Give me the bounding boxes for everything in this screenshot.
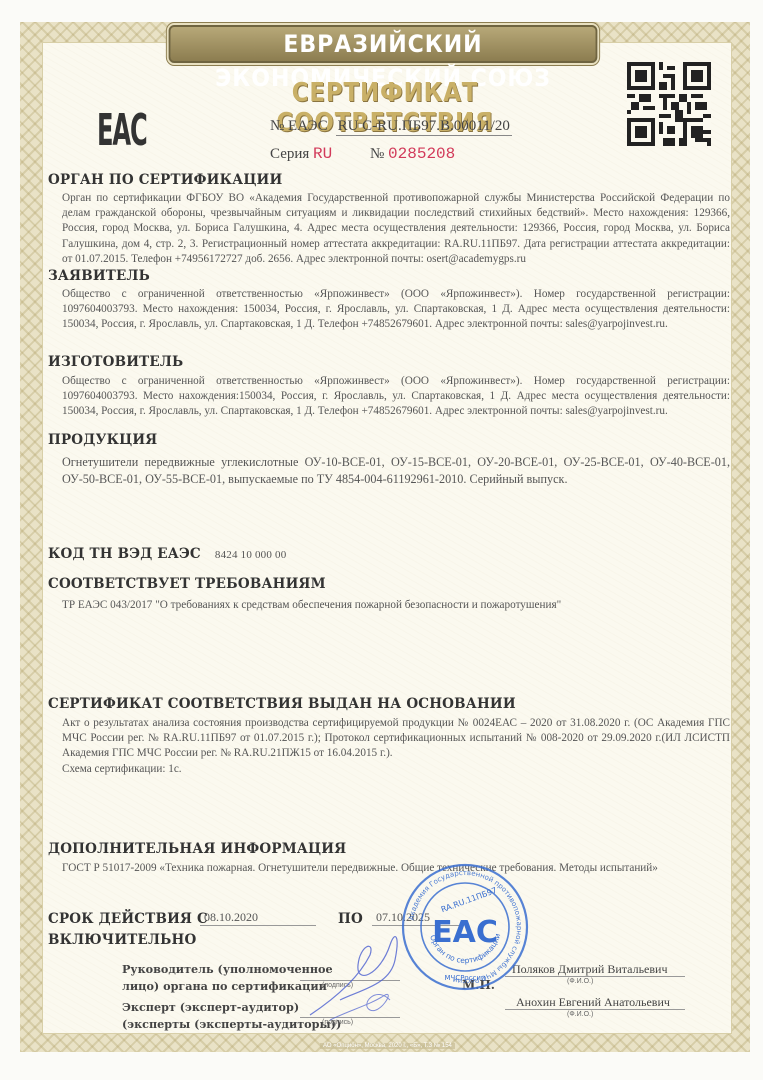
tn-ved-heading: КОД ТН ВЭД ЕАЭС8424 10 000 00: [48, 546, 286, 562]
head-fio-caption: (Ф.И.О.): [567, 978, 593, 985]
applicant-heading: ЗАЯВИТЕЛЬ: [48, 268, 150, 284]
certification-body-heading: ОРГАН ПО СЕРТИФИКАЦИИ: [48, 172, 282, 188]
product-heading: ПРОДУКЦИЯ: [48, 432, 157, 448]
expert-name: Анохин Евгений Анатольевич: [516, 995, 670, 1010]
requirements-heading: СООТВЕТСТВУЕТ ТРЕБОВАНИЯМ: [48, 576, 326, 592]
tn-ved-value: 8424 10 000 00: [215, 549, 287, 561]
expert-fio-caption: (Ф.И.О.): [567, 1011, 593, 1018]
expert-fio-line: [505, 1009, 685, 1010]
head-name: Поляков Дмитрий Витальевич: [512, 962, 668, 977]
manufacturer-text: Общество с ограниченной ответственностью…: [62, 374, 730, 420]
handwritten-signature-icon: [300, 915, 420, 1035]
applicant-text: Общество с ограниченной ответственностью…: [62, 287, 730, 333]
blank-number-value: 0285208: [388, 145, 455, 163]
validity-from-label: СРОК ДЕЙСТВИЯ С: [48, 911, 208, 927]
tn-ved-label: КОД ТН ВЭД ЕАЭС: [48, 546, 201, 562]
manufacturer-heading: ИЗГОТОВИТЕЛЬ: [48, 354, 183, 370]
series-value: RU: [313, 145, 332, 163]
additional-info-heading: ДОПОЛНИТЕЛЬНАЯ ИНФОРМАЦИЯ: [48, 841, 346, 857]
blank-number-label: №: [370, 146, 384, 162]
qr-code-icon: [627, 62, 711, 146]
number-label: № ЕАЭС: [270, 118, 328, 134]
certification-scheme: Схема сертификации: 1с.: [62, 762, 730, 777]
basis-text: Акт о результатах анализа состояния прои…: [62, 716, 730, 762]
additional-info-text: ГОСТ Р 51017-2009 «Техника пожарная. Огн…: [62, 861, 730, 876]
basis-heading: СЕРТИФИКАТ СООТВЕТСТВИЯ ВЫДАН НА ОСНОВАН…: [48, 696, 516, 712]
head-fio-line: [505, 976, 685, 977]
validity-inclusive-label: ВКЛЮЧИТЕЛЬНО: [48, 932, 196, 948]
requirements-text: ТР ЕАЭС 043/2017 "О требованиях к средст…: [62, 598, 730, 613]
product-text: Огнетушители передвижные углекислотные О…: [62, 454, 730, 488]
svg-text:RA.RU.11ПБ97: RA.RU.11ПБ97: [440, 886, 498, 915]
series-label: Серия: [270, 146, 309, 162]
certificate-number: № ЕАЭСRU C-RU.ПБ97.В.00011/20: [270, 118, 512, 136]
print-mark: АО «Опцион», Москва, 2020 г., «Б», Т.З №…: [320, 1043, 455, 1049]
union-title-banner: ЕВРАЗИЙСКИЙ ЭКОНОМИЧЕСКИЙ СОЮЗ: [169, 25, 598, 63]
series-line: Серия RU № 0285208: [270, 145, 455, 163]
eac-logo-icon: EAC: [97, 105, 147, 156]
svg-text:МЧСРоссии: МЧСРоссии: [444, 974, 485, 982]
certification-body-text: Орган по сертификации ФГБОУ ВО «Академия…: [62, 191, 730, 267]
validity-from-date: 08.10.2020: [200, 910, 316, 926]
number-value: RU C-RU.ПБ97.В.00011/20: [336, 118, 512, 136]
